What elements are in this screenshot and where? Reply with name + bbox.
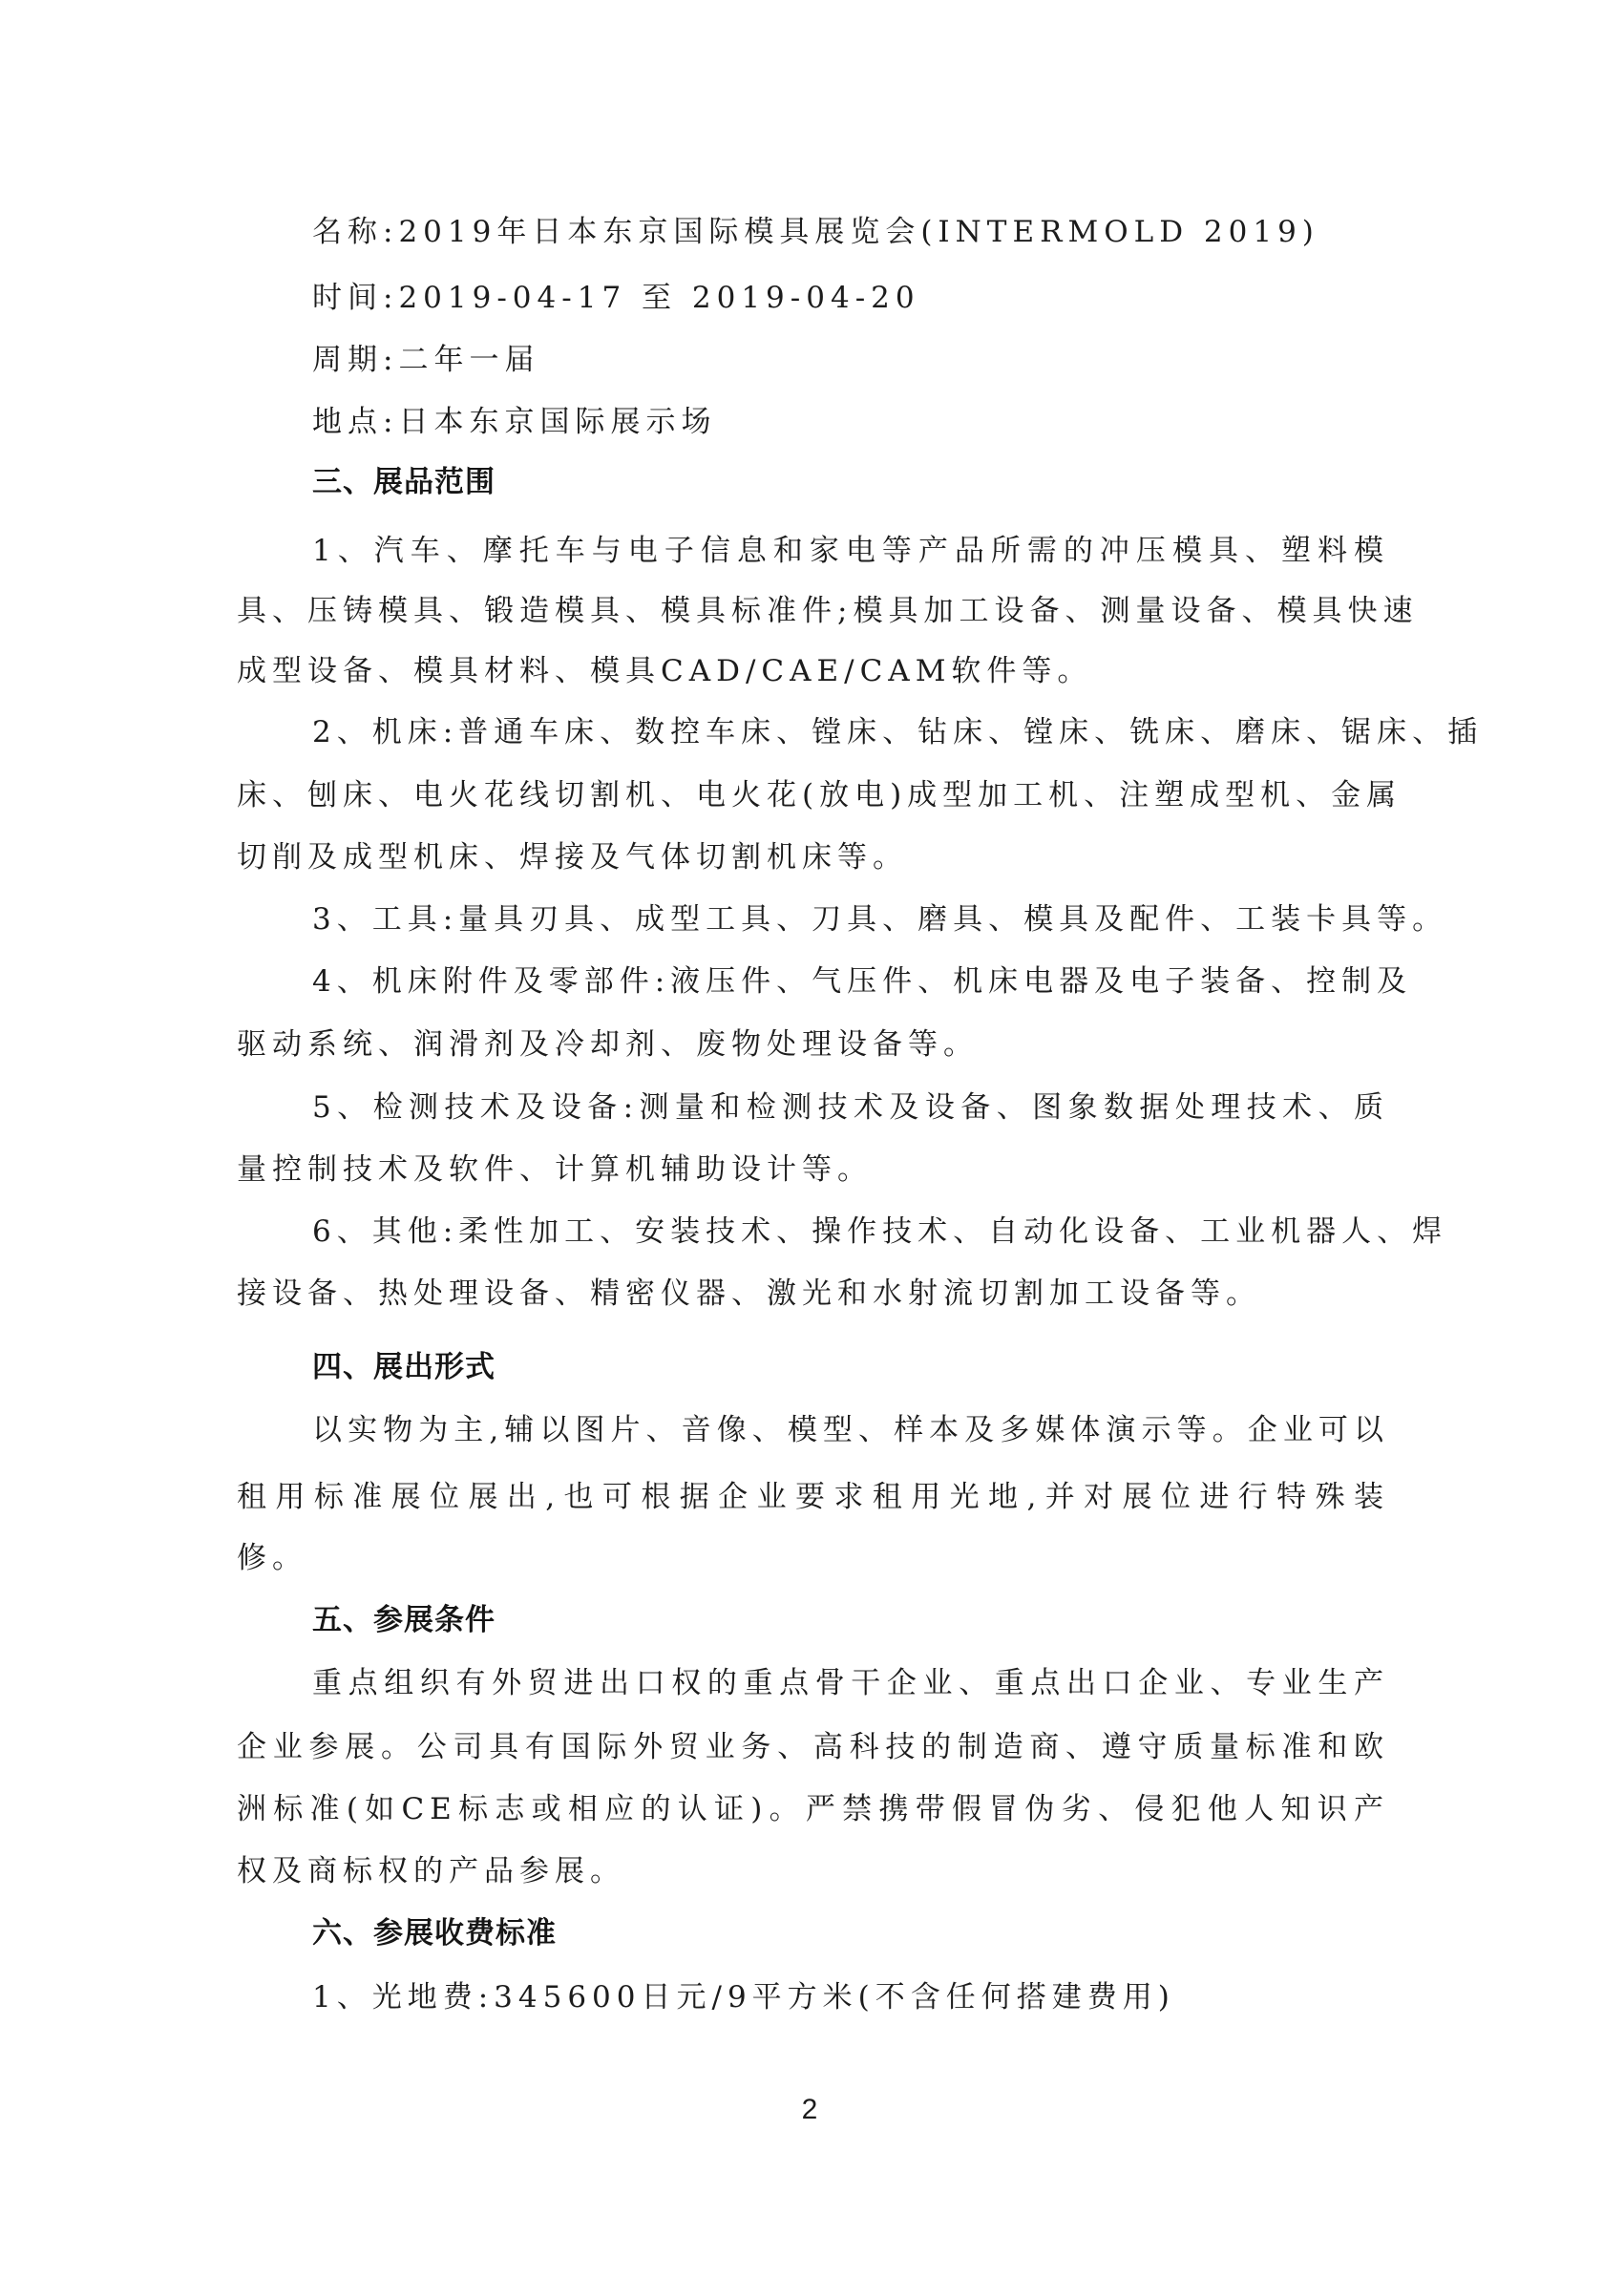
paragraph-line: 量控制技术及软件、计算机辅助设计等。 <box>237 1148 1389 1192</box>
exhibition-name: 名称:2019年日本东京国际模具展览会(INTERMOLD 2019) <box>312 210 1389 254</box>
paragraph-line: 床、刨床、电火花线切割机、电火花(放电)成型加工机、注塑成型机、金属 <box>237 773 1389 817</box>
paragraph-line: 1、汽车、摩托车与电子信息和家电等产品所需的冲压模具、塑料模 <box>312 529 1389 573</box>
exhibition-time: 时间:2019-04-17 至 2019-04-20 <box>312 276 1389 320</box>
paragraph-line: 成型设备、模具材料、模具CAD/CAE/CAM软件等。 <box>237 649 1389 693</box>
section-heading-exhibit-scope: 三、展品范围 <box>312 460 1389 504</box>
paragraph-line: 企业参展。公司具有国际外贸业务、高科技的制造商、遵守质量标准和欧 <box>237 1725 1389 1769</box>
paragraph-line: 驱动系统、润滑剂及冷却剂、废物处理设备等。 <box>237 1023 1389 1066</box>
paragraph-line: 接设备、热处理设备、精密仪器、激光和水射流切割加工设备等。 <box>237 1272 1389 1316</box>
paragraph-line: 具、压铸模具、锻造模具、模具标准件;模具加工设备、测量设备、模具快速 <box>237 589 1389 633</box>
exhibition-cycle: 周期:二年一届 <box>312 338 1389 382</box>
section-heading-participation-conditions: 五、参展条件 <box>312 1598 1389 1642</box>
paragraph-line: 租用标准展位展出,也可根据企业要求租用光地,并对展位进行特殊装 <box>237 1475 1389 1519</box>
document-page: 名称:2019年日本东京国际模具展览会(INTERMOLD 2019) 时间:2… <box>0 0 1624 2278</box>
paragraph-line: 洲标准(如CE标志或相应的认证)。严禁携带假冒伪劣、侵犯他人知识产 <box>237 1787 1389 1831</box>
paragraph-line: 切削及成型机床、焊接及气体切割机床等。 <box>237 835 1389 879</box>
section-heading-fee-standard: 六、参展收费标准 <box>312 1911 1389 1955</box>
paragraph-line: 1、光地费:345600日元/9平方米(不含任何搭建费用) <box>312 1975 1389 2019</box>
paragraph-line: 4、机床附件及零部件:液压件、气压件、机床电器及电子装备、控制及 <box>312 960 1389 1003</box>
paragraph-line: 3、工具:量具刃具、成型工具、刀具、磨具、模具及配件、工装卡具等。 <box>312 897 1389 941</box>
paragraph-line: 2、机床:普通车床、数控车床、镗床、钻床、镗床、铣床、磨床、锯床、插 <box>312 710 1389 754</box>
paragraph-line: 5、检测技术及设备:测量和检测技术及设备、图象数据处理技术、质 <box>312 1086 1389 1129</box>
exhibition-location: 地点:日本东京国际展示场 <box>312 400 1389 444</box>
page-number: 2 <box>791 2091 829 2129</box>
section-heading-exhibit-format: 四、展出形式 <box>312 1345 1389 1389</box>
paragraph-line: 重点组织有外贸进出口权的重点骨干企业、重点出口企业、专业生产 <box>312 1661 1389 1705</box>
paragraph-line: 修。 <box>237 1536 1389 1580</box>
paragraph-line: 6、其他:柔性加工、安装技术、操作技术、自动化设备、工业机器人、焊 <box>312 1210 1389 1254</box>
paragraph-line: 以实物为主,辅以图片、音像、模型、样本及多媒体演示等。企业可以 <box>312 1408 1389 1452</box>
paragraph-line: 权及商标权的产品参展。 <box>237 1849 1389 1893</box>
